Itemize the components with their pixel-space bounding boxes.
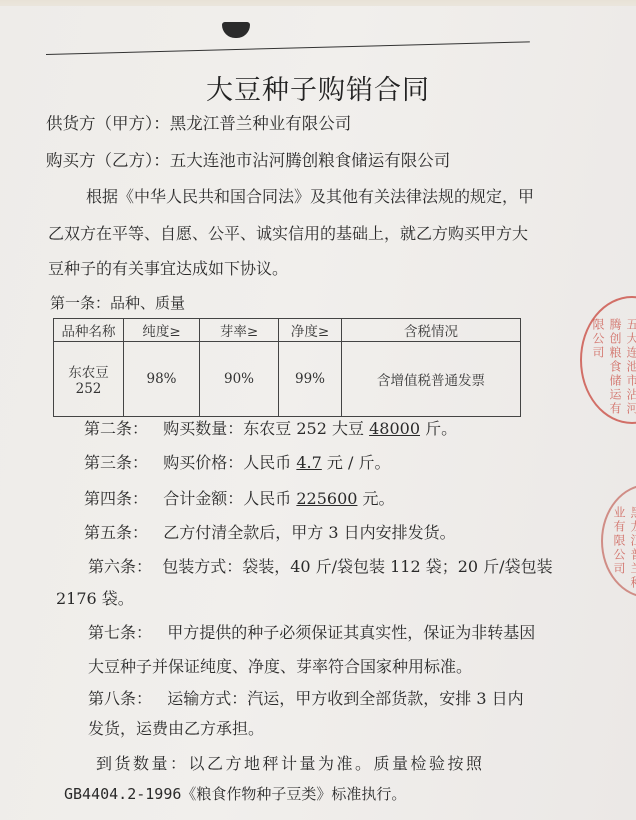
article-8-line-1: 第八条： 运输方式：汽运，甲方收到全部货款，安排 3 日内 bbox=[88, 686, 524, 709]
column-header: 芽率≥ bbox=[200, 319, 279, 342]
price-value: 4.7 bbox=[296, 453, 321, 472]
quantity-value: 48000 bbox=[369, 419, 420, 438]
article-4: 第四条： 合计金额：人民币 225600 元。 bbox=[84, 486, 395, 509]
preamble-line-1: 根据《中华人民共和国合同法》及其他有关法律法规的规定，甲 bbox=[86, 184, 534, 207]
arrival-line-1: 到货数量：以乙方地秤计量为准。质量检验按照 bbox=[96, 751, 485, 774]
article-7-line-1: 第七条： 甲方提供的种子必须保证其真实性，保证为非转基因 bbox=[88, 620, 535, 643]
table-header-row: 品种名称 纯度≥ 芽率≥ 净度≥ 含税情况 bbox=[54, 319, 521, 342]
article-label: 第八条： bbox=[88, 689, 152, 708]
article-label: 第五条： bbox=[84, 523, 148, 542]
article-text: 乙方付清全款后，甲方 3 日内安排发货。 bbox=[163, 523, 455, 542]
column-header: 含税情况 bbox=[342, 319, 521, 342]
cleanliness-cell: 99% bbox=[279, 342, 342, 417]
company-seal-stamp: 五大连池市沾河腾创粮食储运有限公司 bbox=[580, 296, 636, 424]
seal-text: 五大连池市沾河腾创粮食储运有限公司 bbox=[590, 318, 636, 422]
article-6-line-2: 2176 袋。 bbox=[56, 586, 134, 609]
article-text: 包装方式：袋装，40 斤/袋包装 112 袋；20 斤/袋包装 bbox=[162, 557, 552, 576]
tax-cell: 含增值税普通发票 bbox=[342, 342, 521, 417]
column-header: 纯度≥ bbox=[124, 319, 200, 342]
binder-clip-mark bbox=[222, 22, 250, 38]
article-5: 第五条： 乙方付清全款后，甲方 3 日内安排发货。 bbox=[84, 520, 456, 543]
header-rule bbox=[46, 41, 530, 55]
germination-cell: 90% bbox=[200, 342, 279, 417]
article-text: 购买数量：东农豆 252 大豆 bbox=[163, 419, 369, 438]
article-text: 运输方式：汽运，甲方收到全部货款，安排 3 日内 bbox=[167, 689, 523, 708]
article-text: 元。 bbox=[357, 489, 394, 508]
preamble-line-2: 乙双方在平等、自愿、公平、诚实信用的基础上，就乙方购买甲方大 bbox=[48, 221, 528, 244]
article-label: 第六条： bbox=[88, 557, 152, 576]
supplier-seal-stamp: 黑龙江普兰种业有限公司 bbox=[601, 484, 636, 598]
article-text: 合计金额：人民币 bbox=[163, 489, 296, 508]
article-3: 第三条： 购买价格：人民币 4.7 元 / 斤。 bbox=[84, 450, 390, 473]
article-6-line-1: 第六条： 包装方式：袋装，40 斤/袋包装 112 袋；20 斤/袋包装 bbox=[88, 554, 553, 577]
article-2: 第二条： 购买数量：东农豆 252 大豆 48000 斤。 bbox=[84, 416, 457, 439]
purity-cell: 98% bbox=[124, 342, 200, 417]
variety-cell: 东农豆252 bbox=[54, 342, 124, 417]
article-label: 第二条： bbox=[84, 419, 148, 438]
article-label: 第三条： bbox=[84, 453, 148, 472]
article-text: 甲方提供的种子必须保证其真实性，保证为非转基因 bbox=[167, 623, 535, 642]
supplier-line: 供货方（甲方）：黑龙江普兰种业有限公司 bbox=[46, 110, 351, 134]
contract-page: 大豆种子购销合同 供货方（甲方）：黑龙江普兰种业有限公司 购买方（乙方）：五大连… bbox=[0, 6, 636, 820]
article-text: 斤。 bbox=[420, 419, 457, 438]
seal-text: 黑龙江普兰种业有限公司 bbox=[611, 506, 636, 596]
quality-table: 品种名称 纯度≥ 芽率≥ 净度≥ 含税情况 东农豆252 98% 90% 99%… bbox=[53, 318, 521, 417]
column-header: 净度≥ bbox=[279, 319, 342, 342]
arrival-line-2: GB4404.2-1996《粮食作物种子豆类》标准执行。 bbox=[64, 783, 406, 804]
article-8-line-2: 发货，运费由乙方承担。 bbox=[88, 716, 264, 739]
article-text: 购买价格：人民币 bbox=[163, 453, 296, 472]
article-1-heading: 第一条：品种、质量 bbox=[50, 292, 185, 313]
article-label: 第四条： bbox=[84, 489, 148, 508]
column-header: 品种名称 bbox=[54, 319, 124, 342]
document-title: 大豆种子购销合同 bbox=[0, 68, 636, 107]
buyer-line: 购买方（乙方）：五大连池市沾河腾创粮食储运有限公司 bbox=[46, 147, 450, 171]
table-row: 东农豆252 98% 90% 99% 含增值税普通发票 bbox=[54, 342, 521, 417]
total-amount-value: 225600 bbox=[296, 489, 357, 508]
article-label: 第七条： bbox=[88, 623, 152, 642]
article-7-line-2: 大豆种子并保证纯度、净度、芽率符合国家种用标准。 bbox=[88, 654, 472, 677]
preamble-line-3: 豆种子的有关事宜达成如下协议。 bbox=[48, 256, 288, 279]
article-text: 元 / 斤。 bbox=[322, 453, 391, 472]
